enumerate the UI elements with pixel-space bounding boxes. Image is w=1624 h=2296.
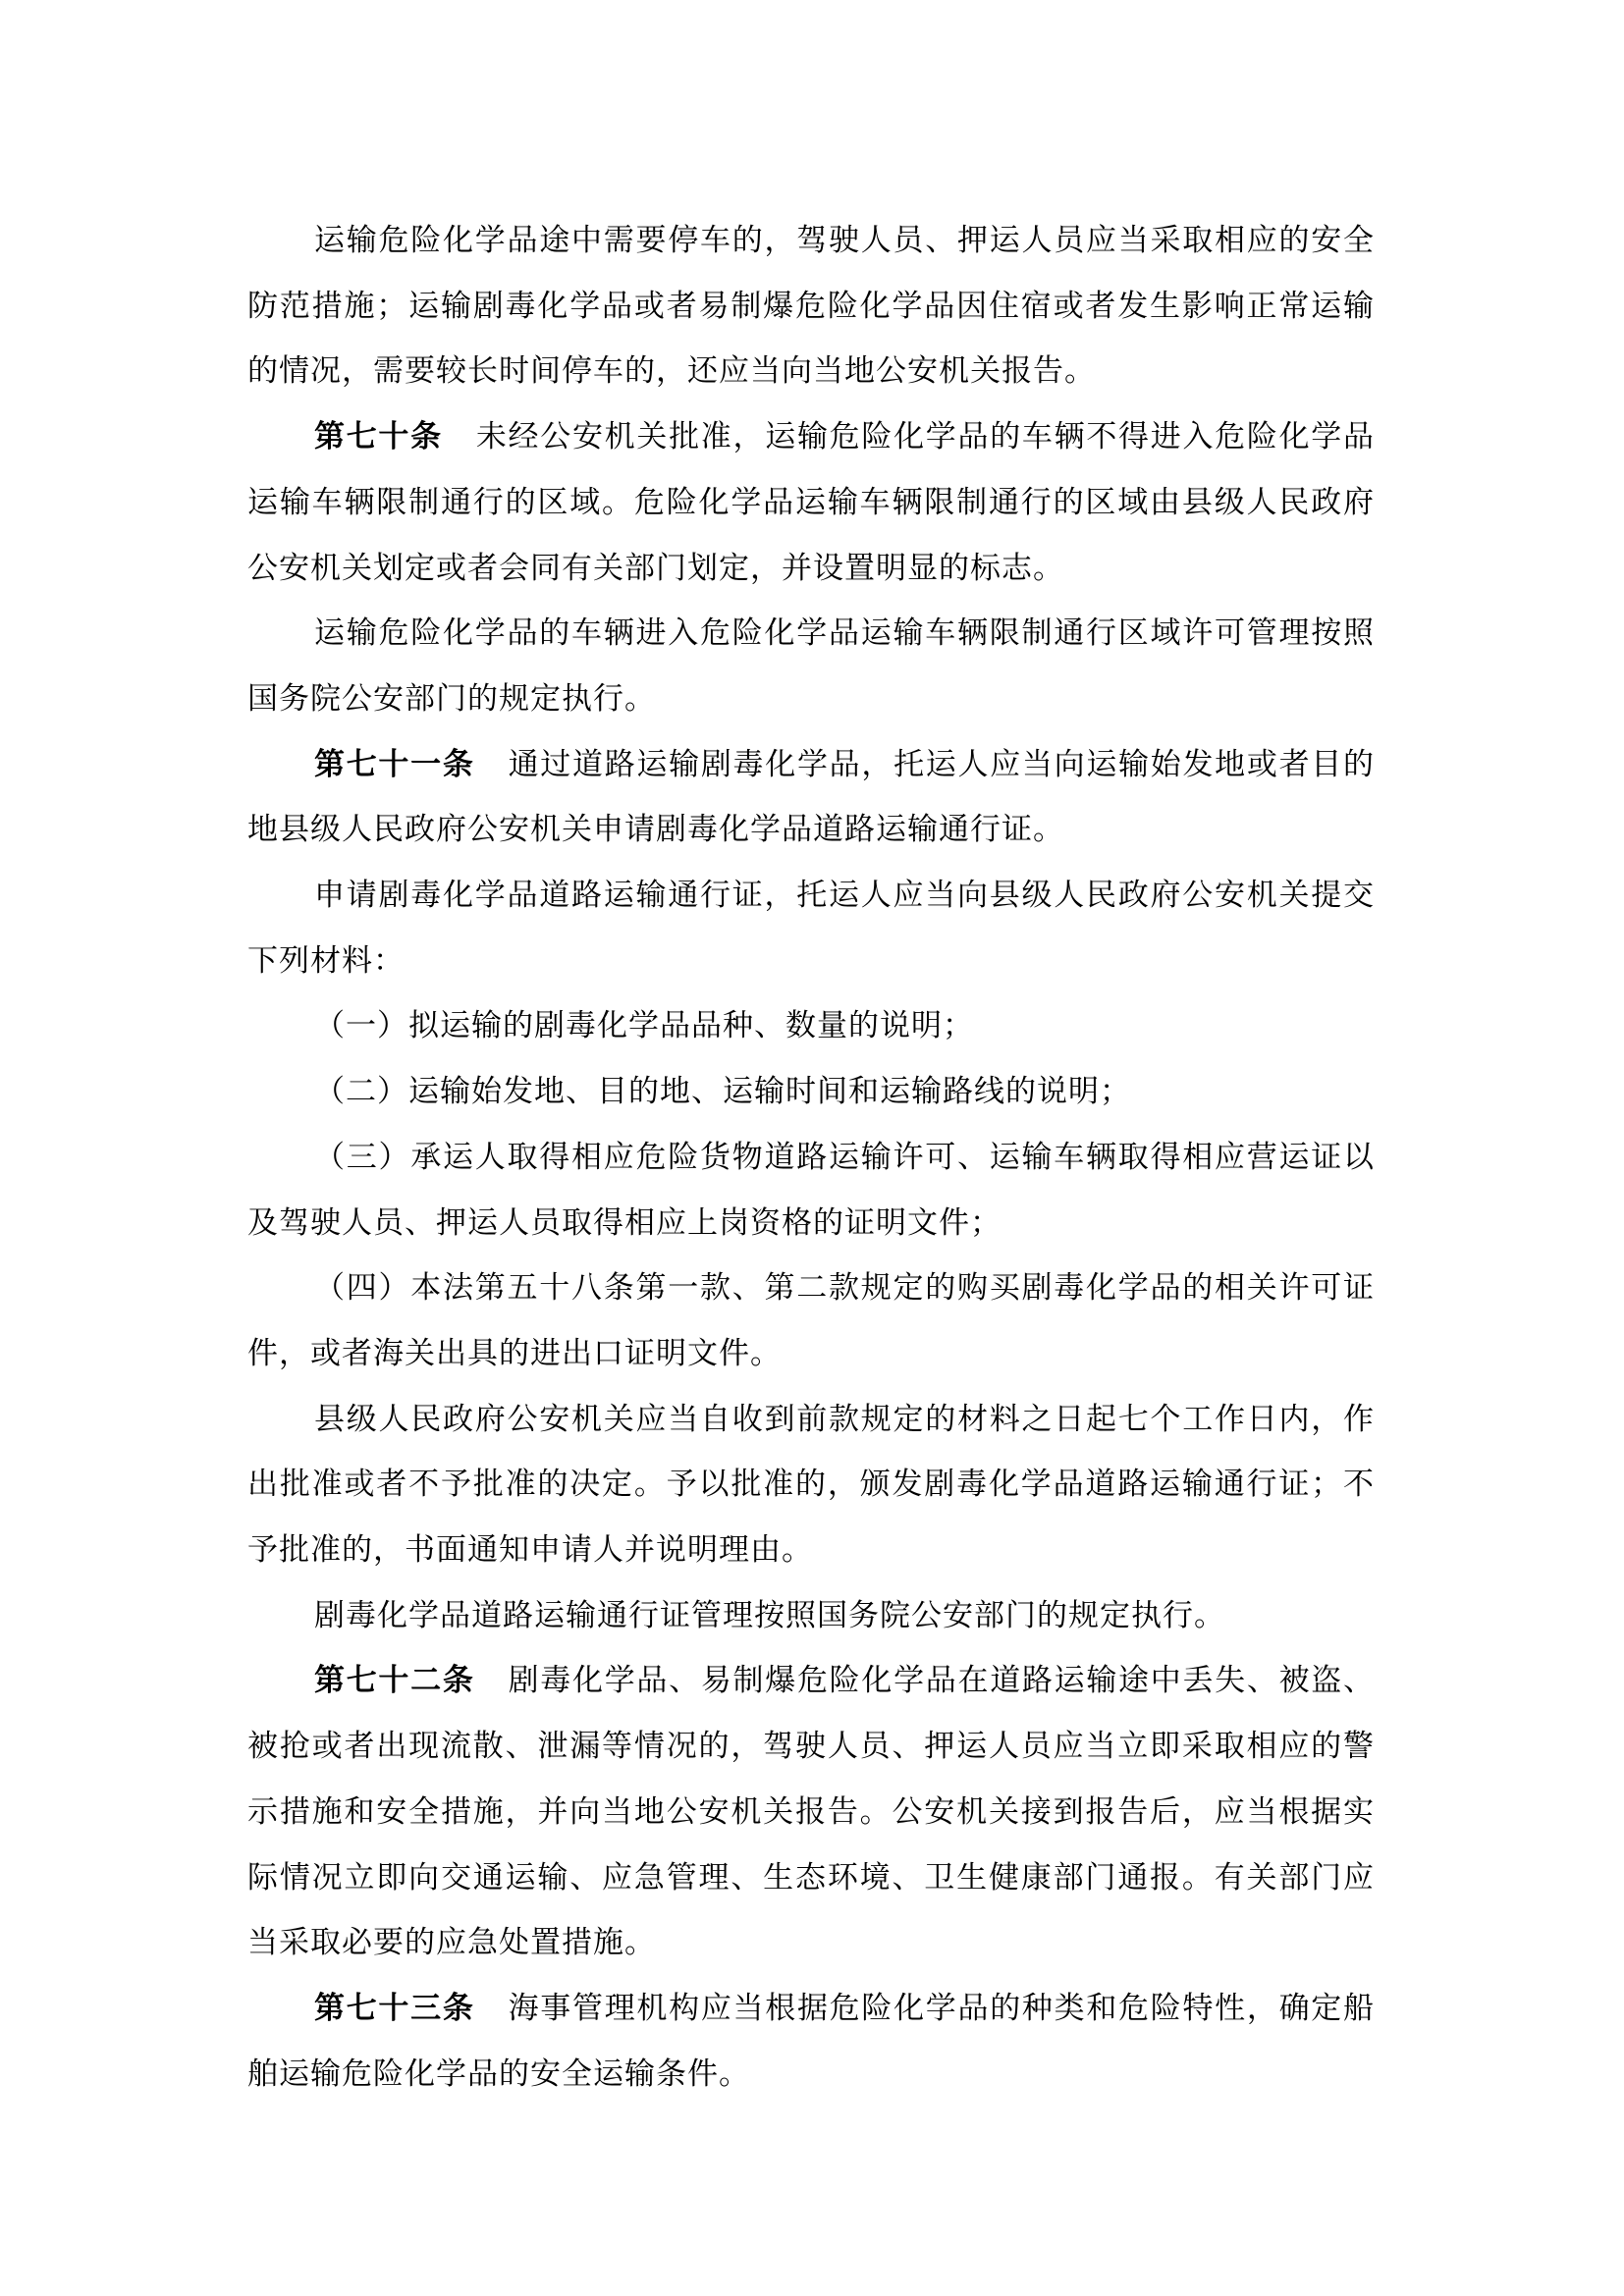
paragraph-approval-decision: 县级人民政府公安机关应当自收到前款规定的材料之日起七个工作日内，作出批准或者不予…: [247, 1387, 1375, 1583]
article-72: 第七十二条剧毒化学品、易制爆危险化学品在道路运输途中丢失、被盗、被抢或者出现流散…: [247, 1648, 1375, 1976]
article-number: 第七十二条: [314, 1663, 475, 1698]
paragraph-text: 剧毒化学品、易制爆危险化学品在道路运输途中丢失、被盗、被抢或者出现流散、泄漏等情…: [247, 1663, 1375, 1960]
list-item-text: （二）运输始发地、目的地、运输时间和运输路线的说明；: [314, 1074, 1131, 1109]
article-number: 第七十条: [314, 419, 443, 454]
paragraph-text: 申请剧毒化学品道路运输通行证，托运人应当向县级人民政府公安机关提交下列材料：: [247, 878, 1375, 979]
paragraph-text: 县级人民政府公安机关应当自收到前款规定的材料之日起七个工作日内，作出批准或者不予…: [247, 1402, 1375, 1568]
article-73: 第七十三条海事管理机构应当根据危险化学品的种类和危险特性，确定船舶运输危险化学品…: [247, 1976, 1375, 2107]
paragraph-text: 运输危险化学品途中需要停车的，驾驶人员、押运人员应当采取相应的安全防范措施；运输…: [247, 223, 1375, 389]
list-item-3: （三）承运人取得相应危险货物道路运输许可、运输车辆取得相应营运证以及驾驶人员、押…: [247, 1125, 1375, 1255]
article-70: 第七十条未经公安机关批准，运输危险化学品的车辆不得进入危险化学品运输车辆限制通行…: [247, 404, 1375, 601]
list-item-text: （一）拟运输的剧毒化学品品种、数量的说明；: [314, 1008, 974, 1043]
paragraph-text: 剧毒化学品道路运输通行证管理按照国务院公安部门的规定执行。: [314, 1598, 1225, 1633]
list-item-text: （三）承运人取得相应危险货物道路运输许可、运输车辆取得相应营运证以及驾驶人员、押…: [247, 1140, 1375, 1241]
paragraph-text: 运输危险化学品的车辆进入危险化学品运输车辆限制通行区域许可管理按照国务院公安部门…: [247, 615, 1375, 717]
article-71: 第七十一条通过道路运输剧毒化学品，托运人应当向运输始发地或者目的地县级人民政府公…: [247, 732, 1375, 863]
list-item-text: （四）本法第五十八条第一款、第二款规定的购买剧毒化学品的相关许可证件，或者海关出…: [247, 1270, 1375, 1371]
list-item-1: （一）拟运输的剧毒化学品品种、数量的说明；: [247, 993, 1375, 1059]
paragraph-stopping-precautions: 运输危险化学品途中需要停车的，驾驶人员、押运人员应当采取相应的安全防范措施；运输…: [247, 208, 1375, 404]
list-item-2: （二）运输始发地、目的地、运输时间和运输路线的说明；: [247, 1059, 1375, 1125]
paragraph-application-materials: 申请剧毒化学品道路运输通行证，托运人应当向县级人民政府公安机关提交下列材料：: [247, 863, 1375, 993]
document-page: 运输危险化学品途中需要停车的，驾驶人员、押运人员应当采取相应的安全防范措施；运输…: [247, 208, 1375, 2107]
paragraph-restricted-area-permit: 运输危险化学品的车辆进入危险化学品运输车辆限制通行区域许可管理按照国务院公安部门…: [247, 601, 1375, 731]
paragraph-permit-management: 剧毒化学品道路运输通行证管理按照国务院公安部门的规定执行。: [247, 1583, 1375, 1649]
list-item-4: （四）本法第五十八条第一款、第二款规定的购买剧毒化学品的相关许可证件，或者海关出…: [247, 1255, 1375, 1386]
article-number: 第七十一条: [314, 747, 475, 782]
article-number: 第七十三条: [314, 1991, 475, 2026]
